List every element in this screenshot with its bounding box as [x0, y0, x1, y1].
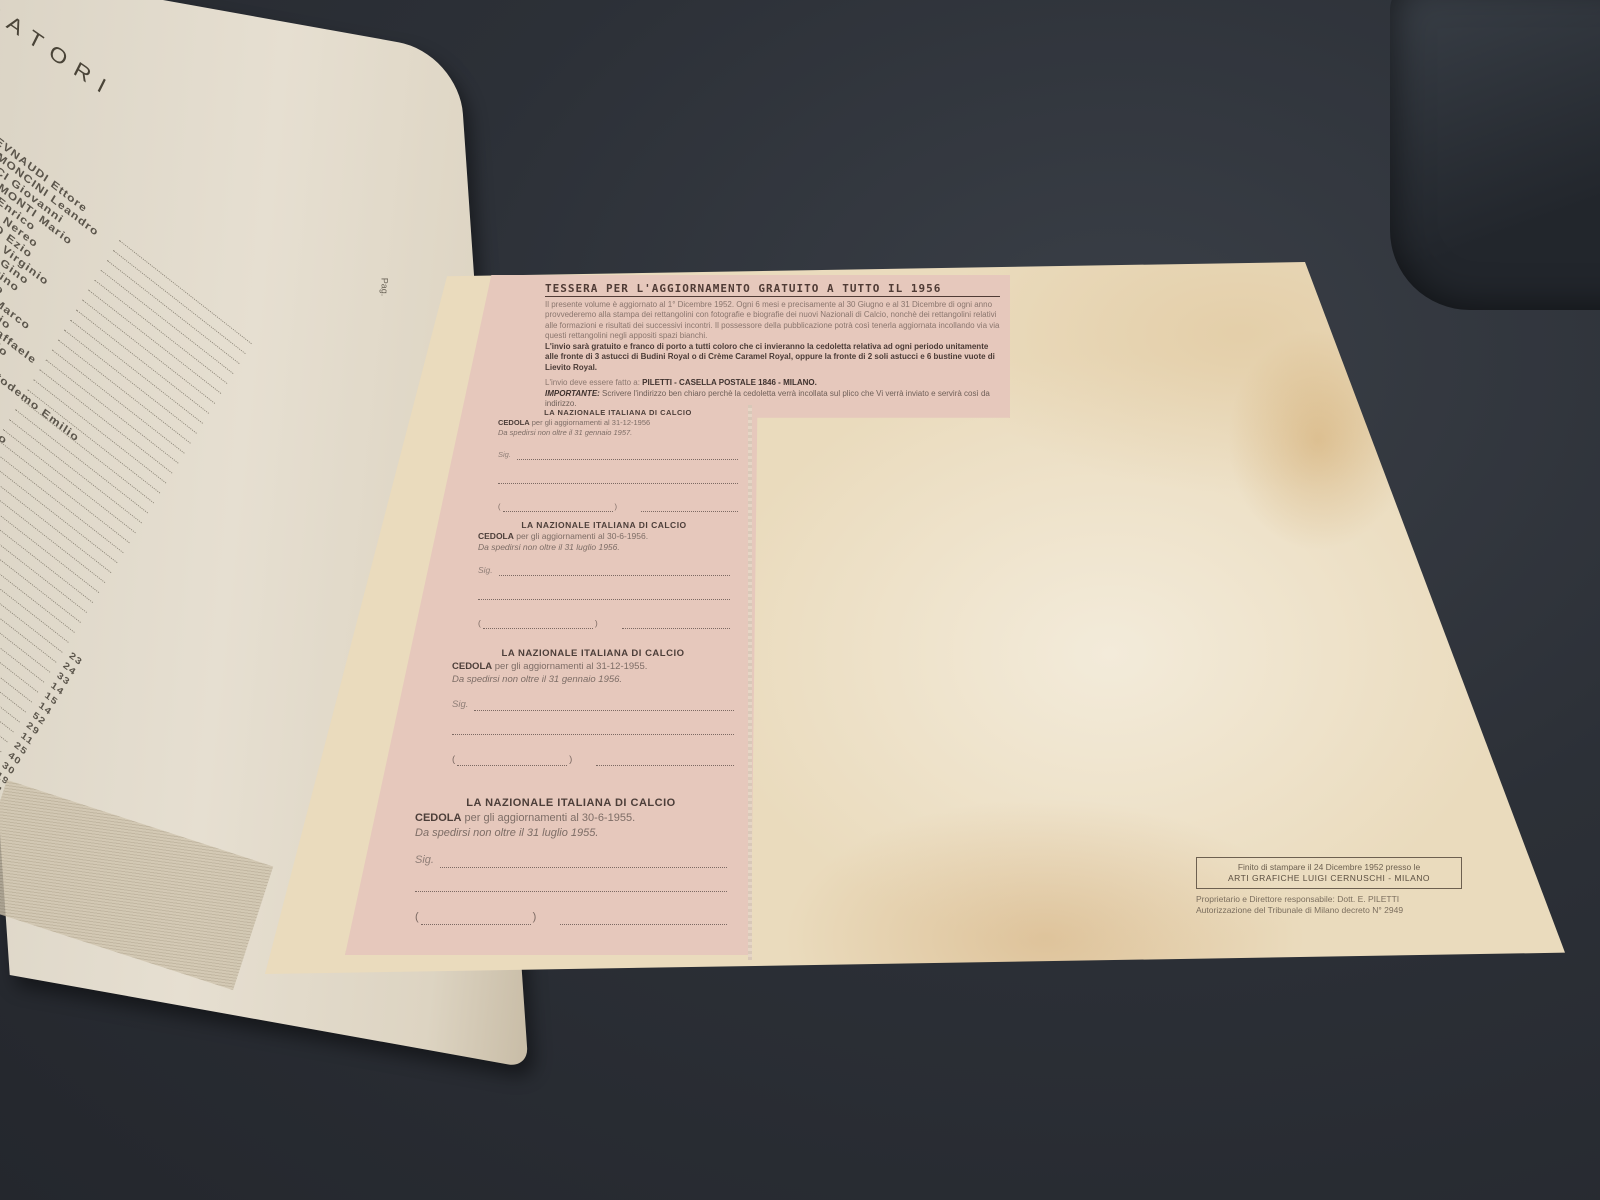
- cedola-deadline: Da spedirsi non oltre il 31 gennaio 1957…: [498, 428, 738, 438]
- important-text: Scrivere l'indirizzo ben chiaro perchè l…: [545, 389, 990, 409]
- perforated-edge: [748, 405, 752, 960]
- cedola-label: CEDOLA: [415, 812, 461, 824]
- cedola-line: CEDOLA per gli aggiornamenti al 30-6-195…: [415, 811, 727, 826]
- cedola-label: CEDOLA: [452, 661, 492, 672]
- authorization-line: Autorizzazione del Tribunale di Milano d…: [1196, 905, 1496, 916]
- cedola-deadline: Da spedirsi non oltre il 31 luglio 1956.: [478, 542, 730, 553]
- address-line[interactable]: [415, 890, 727, 892]
- page-column-label: Pag.: [379, 278, 389, 297]
- address-line[interactable]: [452, 733, 734, 735]
- cedola-1956-dec: LA NAZIONALE ITALIANA DI CALCIO CEDOLA p…: [498, 408, 738, 512]
- address-line[interactable]: [498, 482, 738, 484]
- cedola-deadline: Da spedirsi non oltre il 31 luglio 1955.: [415, 826, 727, 841]
- cedola-line: CEDOLA per gli aggiornamenti al 30-6-195…: [478, 531, 730, 542]
- dotted-line: [517, 458, 738, 460]
- dotted-line: [440, 866, 727, 868]
- coupon-body: Il presente volume è aggiornato al 1° Di…: [545, 300, 1000, 342]
- coupon-header: TESSERA PER L'AGGIORNAMENTO GRATUITO A T…: [545, 284, 1000, 410]
- cedola-title: LA NAZIONALE ITALIANA DI CALCIO: [498, 408, 738, 418]
- colophon: Finito di stampare il 24 Dicembre 1952 p…: [1196, 857, 1496, 916]
- city-field[interactable]: (): [415, 910, 727, 925]
- important-label: IMPORTANTE:: [545, 389, 600, 398]
- sig-label: Sig.: [478, 565, 493, 576]
- cedola-1956-jun: LA NAZIONALE ITALIANA DI CALCIO CEDOLA p…: [478, 520, 730, 629]
- sig-label: Sig.: [415, 853, 434, 868]
- sig-field[interactable]: Sig.: [415, 853, 727, 868]
- dotted-line: [474, 709, 734, 711]
- city-field[interactable]: (): [498, 502, 738, 512]
- cedola-1955-dec: LA NAZIONALE ITALIANA DI CALCIO CEDOLA p…: [452, 647, 734, 766]
- coupon-important: IMPORTANTE: Scrivere l'indirizzo ben chi…: [545, 389, 1000, 410]
- cedola-label: CEDOLA: [498, 418, 530, 427]
- coupon-title: TESSERA PER L'AGGIORNAMENTO GRATUITO A T…: [545, 284, 1000, 297]
- printer-box: Finito di stampare il 24 Dicembre 1952 p…: [1196, 857, 1462, 889]
- address-line[interactable]: [478, 598, 730, 600]
- cedola-title: LA NAZIONALE ITALIANA DI CALCIO: [452, 647, 734, 660]
- photo-scene: …CATORI SEVNAUDI EttoreSEMONCINI Leandro…: [0, 0, 1600, 1200]
- cedola-title: LA NAZIONALE ITALIANA DI CALCIO: [478, 520, 730, 531]
- cedola-title: LA NAZIONALE ITALIANA DI CALCIO: [415, 796, 727, 811]
- sig-field[interactable]: Sig.: [498, 450, 738, 460]
- printed-line: Finito di stampare il 24 Dicembre 1952 p…: [1203, 862, 1455, 873]
- sig-field[interactable]: Sig.: [478, 565, 730, 576]
- sig-label: Sig.: [498, 450, 511, 460]
- coupon-offer-text: L'invio sarà gratuito e franco di porto …: [545, 342, 1000, 374]
- cedola-line: CEDOLA per gli aggiornamenti al 31-12-19…: [498, 418, 738, 428]
- cedola-1955-jun: LA NAZIONALE ITALIANA DI CALCIO CEDOLA p…: [415, 796, 727, 925]
- sig-field[interactable]: Sig.: [452, 698, 734, 711]
- coupon-address: L'invio deve essere fatto a: PILETTI - C…: [545, 378, 1000, 389]
- dotted-line: [499, 574, 730, 576]
- city-field[interactable]: (): [452, 753, 734, 766]
- section-title: …CATORI: [0, 0, 119, 105]
- address-value: PILETTI - CASELLA POSTALE 1846 - MILANO.: [642, 378, 817, 387]
- sig-label: Sig.: [452, 698, 468, 711]
- owner-line: Proprietario e Direttore responsabile: D…: [1196, 894, 1496, 905]
- dark-bag: [1390, 0, 1600, 310]
- cedola-date: per gli aggiornamenti al 31-12-1956: [532, 418, 650, 427]
- player-list: SEVNAUDI EttoreSEMONCINI LeandroRICCI Gi…: [0, 130, 274, 829]
- cedola-date: per gli aggiornamenti al 30-6-1955.: [465, 812, 636, 824]
- cedola-deadline: Da spedirsi non oltre il 31 gennaio 1956…: [452, 673, 734, 686]
- printer-name: ARTI GRAFICHE LUIGI CERNUSCHI - MILANO: [1203, 873, 1455, 884]
- cedola-line: CEDOLA per gli aggiornamenti al 31-12-19…: [452, 660, 734, 673]
- address-prefix: L'invio deve essere fatto a:: [545, 378, 640, 387]
- cedola-label: CEDOLA: [478, 531, 514, 541]
- city-field[interactable]: (): [478, 618, 730, 629]
- cedola-date: per gli aggiornamenti al 31-12-1955.: [495, 661, 648, 672]
- cedola-date: per gli aggiornamenti al 30-6-1956.: [516, 531, 648, 541]
